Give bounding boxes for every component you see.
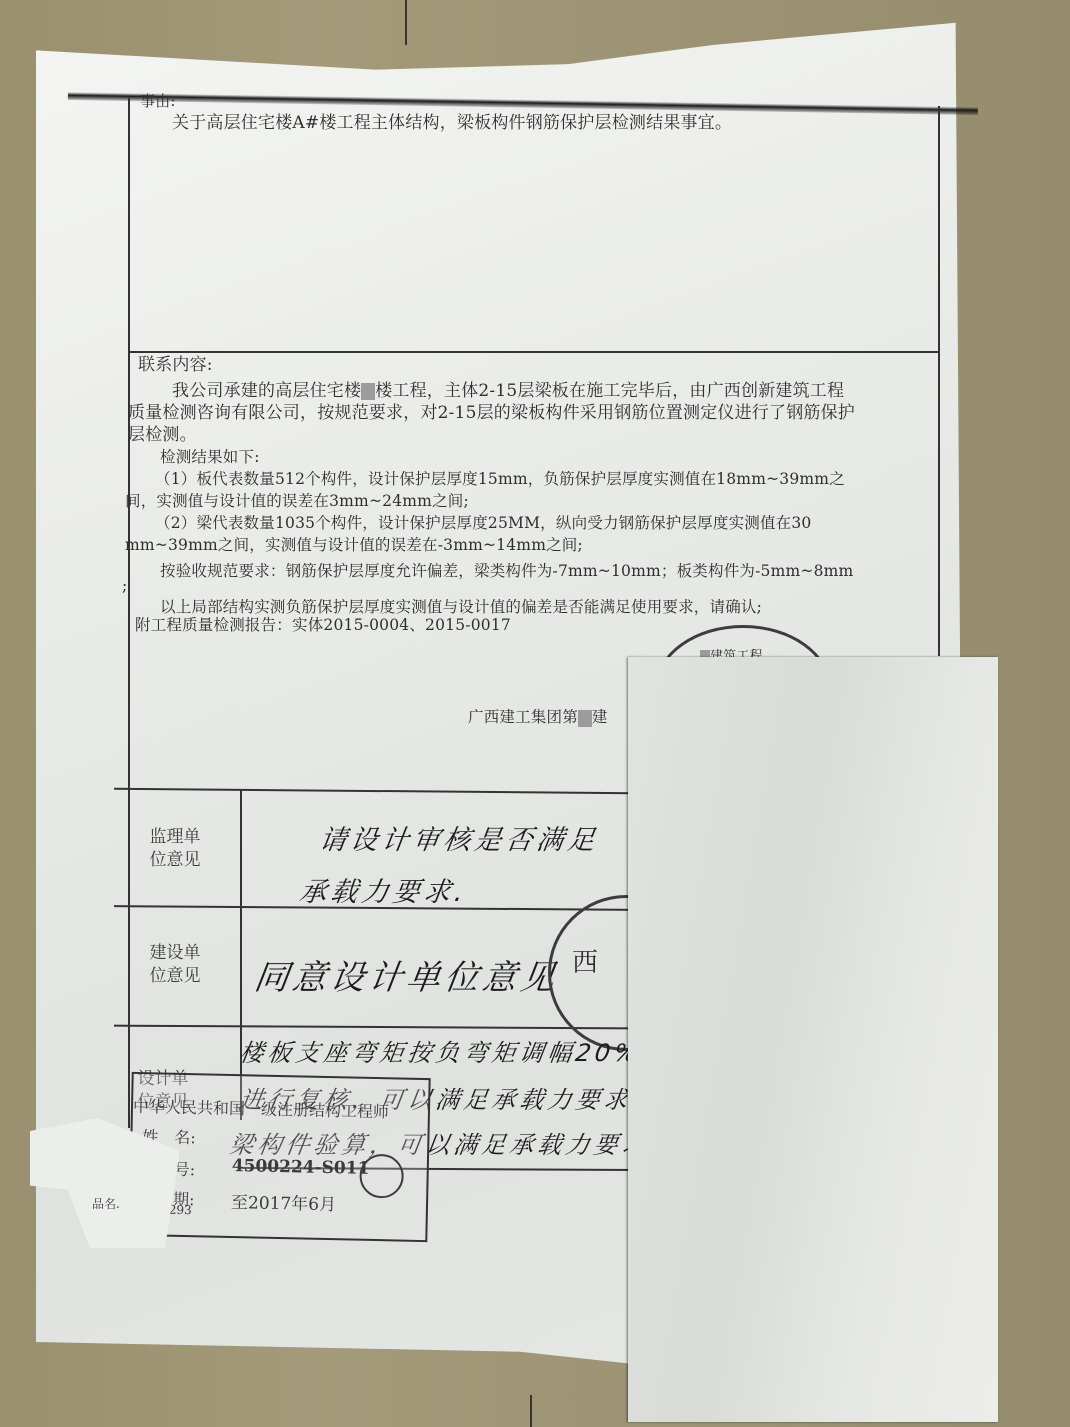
supervision-handwriting-line1: 请设计审核是否满足 bbox=[317, 818, 601, 857]
scrap-note: 品名. bbox=[92, 1195, 120, 1212]
engineer-seal-emblem bbox=[359, 1154, 404, 1199]
content-paragraph-line2: 质量检测咨询有限公司，按规范要求，对2-15层的梁板构件采用钢筋位置测定仪进行了… bbox=[128, 402, 855, 424]
result-1-line2: 间，实测值与设计值的误差在3mm~24mm之间; bbox=[125, 490, 469, 512]
redaction-mark bbox=[578, 710, 592, 727]
engineer-stamp-title: 中华人民共和国一级注册结构工程师 bbox=[133, 1094, 389, 1122]
signature-company: 广西建工集团第建 bbox=[468, 706, 608, 728]
owner-handwriting: 同意设计单位意见 bbox=[252, 950, 563, 999]
result-2-line1: （2）梁代表数量1035个构件，设计保护层厚度25MM，纵向受力钢筋保护层厚度实… bbox=[155, 512, 812, 534]
subject-label: 事由: bbox=[140, 90, 176, 112]
engineer-reg-number: 4500224-S011 bbox=[232, 1156, 370, 1179]
content-paragraph-line3: 层检测。 bbox=[128, 424, 197, 446]
engineer-valid-until: 至2017年6月 bbox=[231, 1188, 337, 1215]
content-paragraph-line1: 我公司承建的高层住宅楼楼工程，主体2-15层梁板在施工完毕后，由广西创新建筑工程 bbox=[172, 380, 844, 402]
subject-text: 关于高层住宅楼A#楼工程主体结构，梁板构件钢筋保护层检测结果事宜。 bbox=[172, 112, 732, 134]
paragraph-continue: 楼工程，主体2-15层梁板在施工完毕后，由广西创新建筑工程 bbox=[375, 381, 844, 401]
spec-line-cont: ; bbox=[122, 575, 127, 597]
result-2-line2: mm~39mm之间，实测值与设计值的误差在-3mm~14mm之间; bbox=[125, 534, 583, 556]
design-handwriting-line1: 楼板支座弯矩按负弯矩调幅20% bbox=[238, 1033, 644, 1068]
table-seam bbox=[405, 0, 407, 45]
covering-paper bbox=[628, 657, 998, 1422]
table-seam bbox=[530, 1395, 532, 1427]
spec-line: 按验收规范要求：钢筋保护层厚度允许偏差，梁类构件为-7mm~10mm；板类构件为… bbox=[160, 560, 853, 582]
attachment-line: 附工程质量检测报告：实体2015-0004、2015-0017 bbox=[135, 614, 511, 636]
section-divider bbox=[128, 351, 938, 353]
engineer-seal-code: 293 bbox=[169, 1203, 192, 1217]
supervision-opinion-label: 监理单 位意见 bbox=[130, 826, 220, 872]
owner-seal-text: 西 bbox=[572, 952, 598, 974]
result-1-line1: （1）板代表数量512个构件，设计保护层厚度15mm，负筋保护层厚度实测值在18… bbox=[155, 468, 845, 490]
content-label: 联系内容: bbox=[138, 354, 213, 376]
supervision-handwriting-line2: 承载力要求. bbox=[297, 870, 470, 909]
opinions-column-divider bbox=[240, 790, 242, 1120]
results-heading: 检测结果如下: bbox=[160, 446, 260, 468]
owner-opinion-label: 建设单 位意见 bbox=[130, 942, 220, 988]
paragraph-start: 我公司承建的高层住宅楼 bbox=[172, 381, 361, 401]
redaction-mark bbox=[361, 383, 375, 400]
table-border-right bbox=[938, 106, 940, 656]
